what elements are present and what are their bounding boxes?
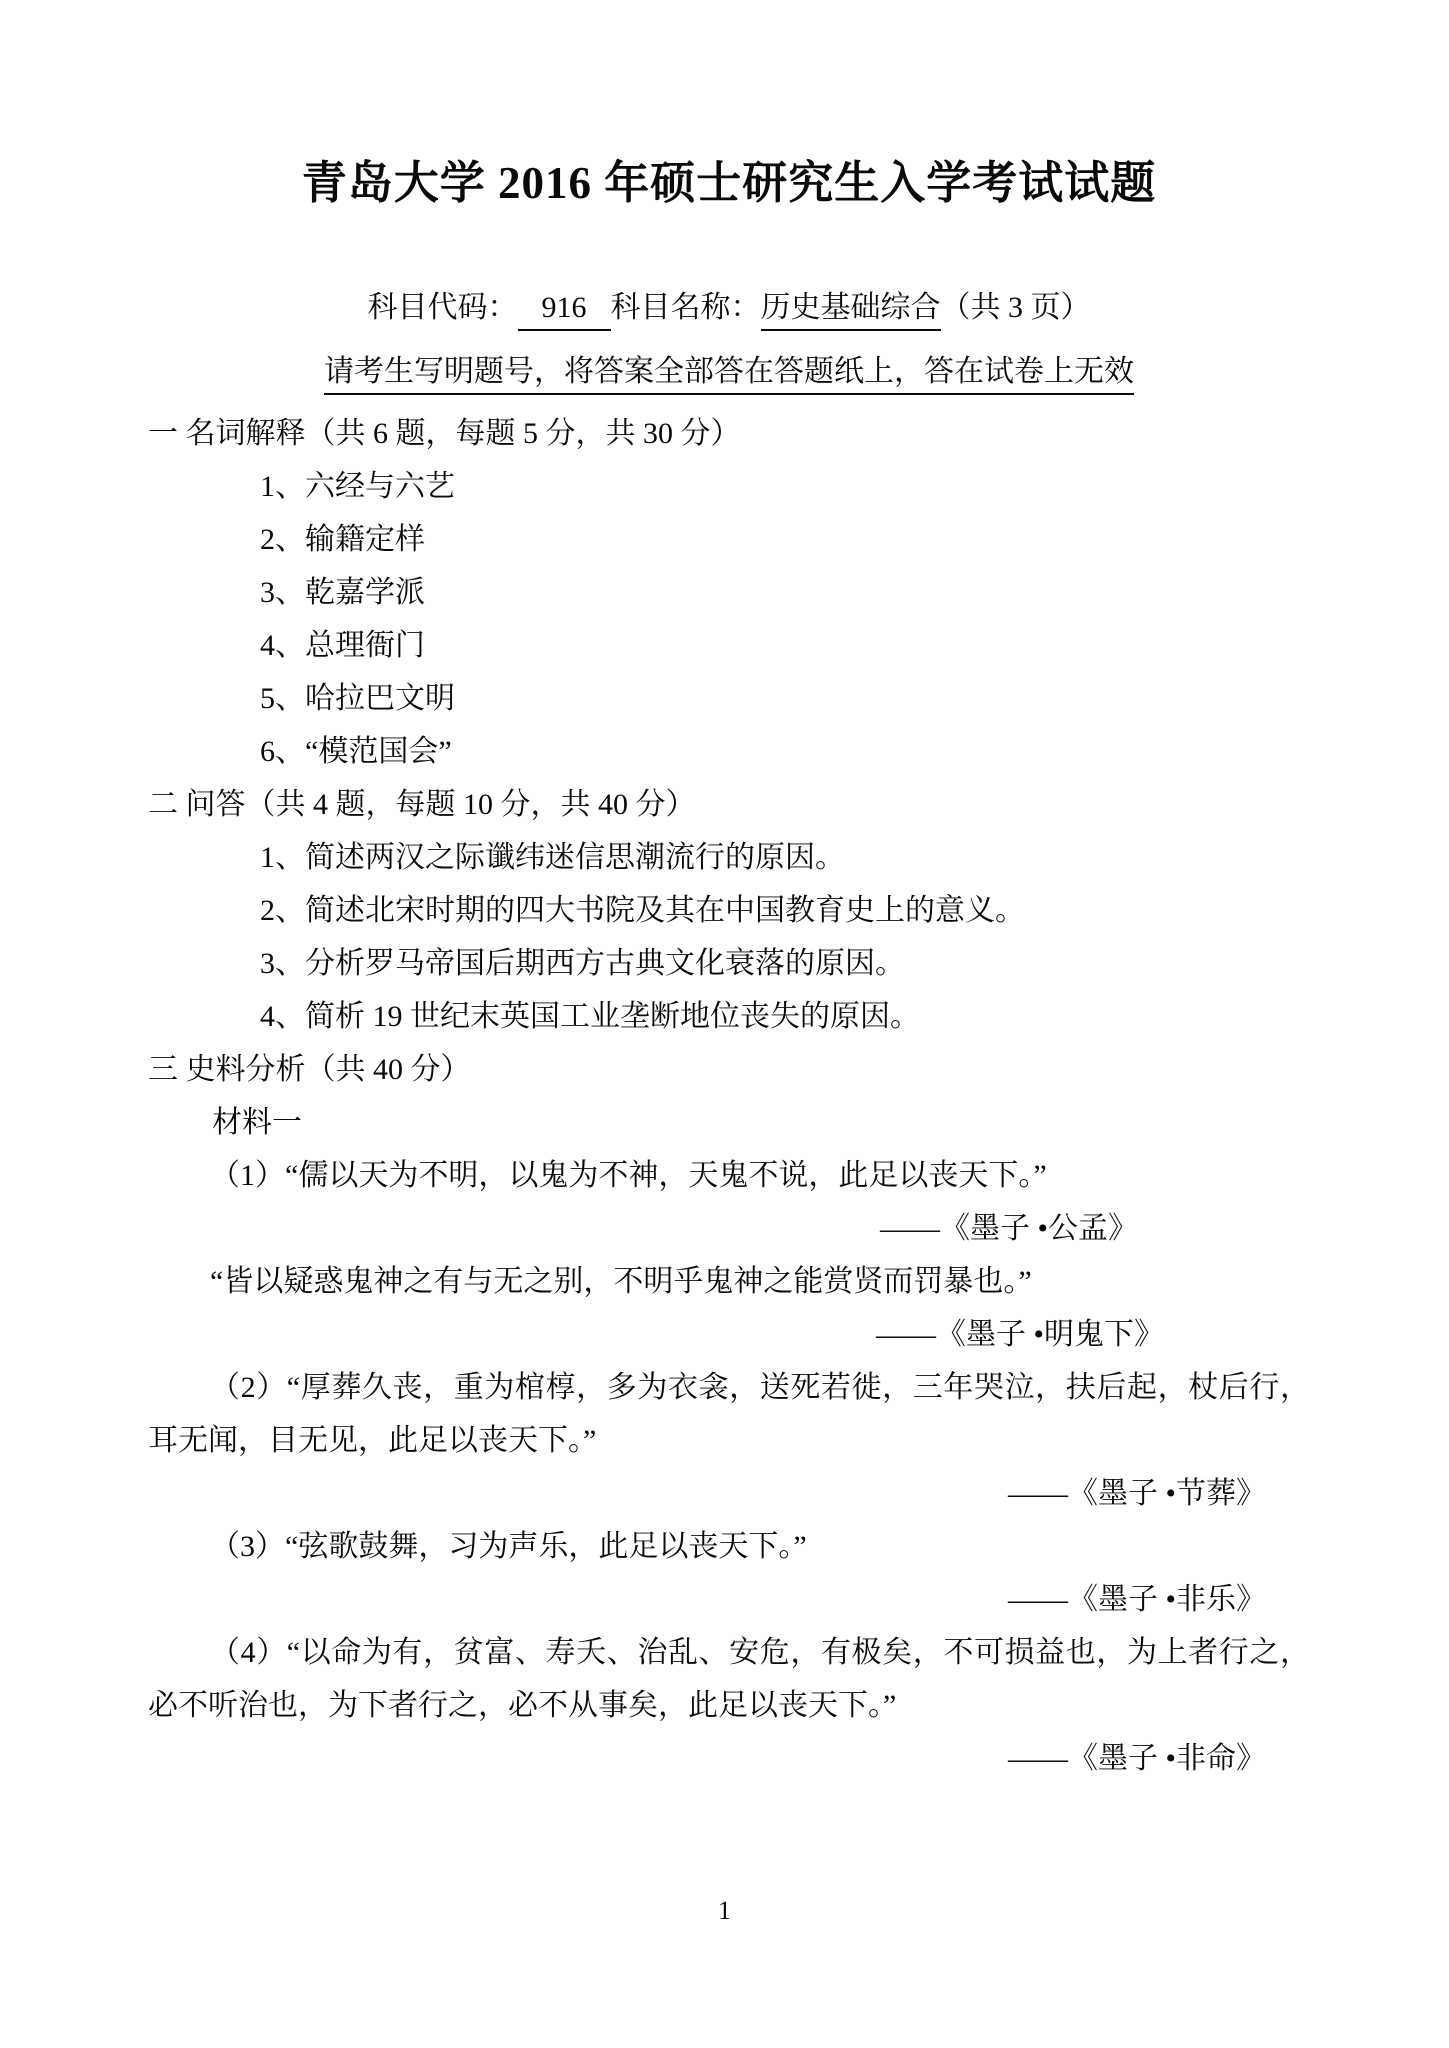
term-item-4: 4、总理衙门: [148, 619, 1310, 672]
section3-heading: 三 史料分析（共 40 分）: [148, 1043, 1310, 1096]
quote-source-5: ——《墨子 •非命》: [148, 1732, 1310, 1785]
term-item-3: 3、乾嘉学派: [148, 566, 1310, 619]
subject-pages-note: （共 3 页）: [941, 291, 1091, 324]
quote-text-1: （1）“儒以天为不明，以鬼为不神，天鬼不说，此足以丧天下。”: [148, 1149, 1310, 1202]
page-number: 1: [0, 1896, 1449, 1926]
quote-source-2: ——《墨子 •明鬼下》: [148, 1308, 1310, 1361]
quote-text-5: （4）“以命为有，贫富、寿夭、治乱、安危，有极矣，不可损益也，为上者行之，必不听…: [148, 1626, 1310, 1732]
quote-source-3: ——《墨子 •节葬》: [148, 1467, 1310, 1520]
question-item-1: 1、简述两汉之际谶纬迷信思潮流行的原因。: [148, 831, 1310, 884]
term-item-1: 1、六经与六艺: [148, 460, 1310, 513]
term-item-2: 2、输籍定样: [148, 513, 1310, 566]
subject-code-label: 科目代码：: [368, 291, 518, 324]
quote-source-1: ——《墨子 •公孟》: [148, 1202, 1310, 1255]
question-item-3: 3、分析罗马帝国后期西方古典文化衰落的原因。: [148, 937, 1310, 990]
quote-source-4: ——《墨子 •非乐》: [148, 1573, 1310, 1626]
question-item-4: 4、简析 19 世纪末英国工业垄断地位丧失的原因。: [148, 990, 1310, 1043]
page-title: 青岛大学 2016 年硕士研究生入学考试试题: [148, 0, 1310, 214]
subject-code-value: 916: [518, 291, 611, 331]
exam-notice: 请考生写明题号，将答案全部答在答题纸上，答在试卷上无效: [148, 352, 1310, 392]
section1-heading: 一 名词解释（共 6 题，每题 5 分，共 30 分）: [148, 407, 1310, 460]
quote-text-4: （3）“弦歌鼓舞，习为声乐，此足以丧天下。”: [148, 1520, 1310, 1573]
page-content: 青岛大学 2016 年硕士研究生入学考试试题 科目代码：916科目名称：历史基础…: [148, 0, 1310, 1785]
exam-notice-text: 请考生写明题号，将答案全部答在答题纸上，答在试卷上无效: [324, 355, 1134, 395]
exam-paper-page: 青岛大学 2016 年硕士研究生入学考试试题 科目代码：916科目名称：历史基础…: [0, 0, 1449, 2048]
section2-heading: 二 问答（共 4 题，每题 10 分，共 40 分）: [148, 778, 1310, 831]
question-item-2: 2、简述北宋时期的四大书院及其在中国教育史上的意义。: [148, 884, 1310, 937]
term-item-6: 6、“模范国会”: [148, 725, 1310, 778]
quote-text-3: （2）“厚葬久丧，重为棺椁，多为衣衾，送死若徙，三年哭泣，扶后起，杖后行，耳无闻…: [148, 1361, 1310, 1467]
material-label: 材料一: [148, 1096, 1310, 1149]
subject-line: 科目代码：916科目名称：历史基础综合（共 3 页）: [148, 288, 1310, 328]
term-item-5: 5、哈拉巴文明: [148, 672, 1310, 725]
exam-body: 一 名词解释（共 6 题，每题 5 分，共 30 分） 1、六经与六艺 2、输籍…: [148, 407, 1310, 1785]
quote-text-2: “皆以疑惑鬼神之有与无之别，不明乎鬼神之能赏贤而罚暴也。”: [148, 1255, 1310, 1308]
subject-name-label: 科目名称：: [611, 291, 761, 324]
subject-name-value: 历史基础综合: [761, 291, 941, 331]
